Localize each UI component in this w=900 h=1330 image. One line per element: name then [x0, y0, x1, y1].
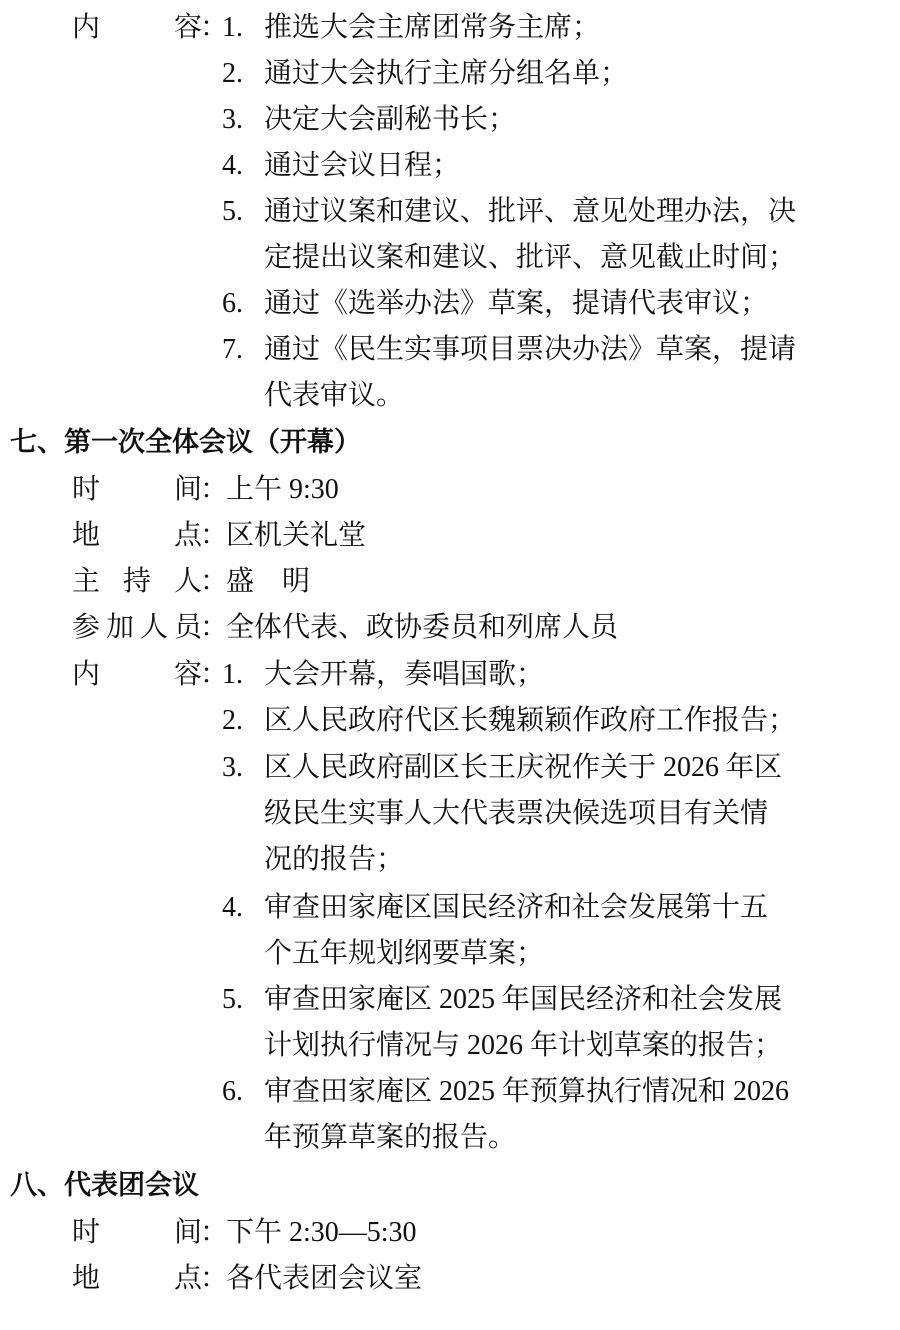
item-number: 4. [222, 885, 243, 931]
item-text: 区人民政府副区长王庆祝作关于 2026 年区 [264, 745, 782, 791]
section-heading: 八、代表团会议 [10, 1163, 199, 1209]
item-text: 决定大会副秘书长； [264, 97, 516, 143]
item-text: 审查田家庵区 2025 年国民经济和社会发展 [264, 977, 782, 1023]
item-text: 审查田家庵区国民经济和社会发展第十五 [264, 885, 768, 931]
item-number: 5. [222, 189, 243, 235]
field-label: 地点 [72, 1256, 202, 1302]
item-text: 大会开幕，奏唱国歌； [264, 652, 544, 698]
field-label: 时间 [72, 467, 202, 513]
item-text: 通过《民生实事项目票决办法》草案，提请 [264, 327, 796, 373]
field-value: 全体代表、政协委员和列席人员 [226, 605, 618, 651]
colon: ： [200, 1210, 228, 1256]
item-text: 通过议案和建议、批评、意见处理办法，决 [264, 189, 796, 235]
item-number: 6. [222, 1069, 243, 1115]
item-text: 定提出议案和建议、批评、意见截止时间； [264, 235, 796, 281]
item-text: 计划执行情况与 2026 年计划草案的报告； [264, 1023, 782, 1069]
colon: ： [200, 605, 228, 651]
colon: ： [200, 559, 228, 605]
field-value: 各代表团会议室 [226, 1256, 422, 1302]
item-number: 3. [222, 745, 243, 791]
field-label: 主持人 [72, 559, 202, 605]
item-text: 个五年规划纲要草案； [264, 931, 544, 977]
item-number: 6. [222, 281, 243, 327]
item-number: 1. [222, 5, 243, 51]
item-number: 3. [222, 97, 243, 143]
item-text: 区人民政府代区长魏颖颖作政府工作报告； [264, 698, 796, 744]
item-text: 级民生实事人大代表票决候选项目有关情 [264, 791, 768, 837]
field-value: 下午 2:30—5:30 [226, 1210, 417, 1256]
colon: ： [200, 513, 228, 559]
item-number: 2. [222, 698, 243, 744]
item-text: 通过会议日程； [264, 143, 460, 189]
item-text: 代表审议。 [264, 373, 404, 419]
item-number: 5. [222, 977, 243, 1023]
colon: ： [200, 467, 228, 513]
item-number: 2. [222, 51, 243, 97]
field-value: 盛 明 [226, 559, 310, 605]
field-label: 内容 [72, 5, 202, 51]
item-text: 通过《选举办法》草案，提请代表审议； [264, 281, 768, 327]
field-label: 时间 [72, 1210, 202, 1256]
item-text: 推选大会主席团常务主席； [264, 5, 600, 51]
item-text: 审查田家庵区 2025 年预算执行情况和 2026 [264, 1069, 789, 1115]
item-text: 通过大会执行主席分组名单； [264, 51, 628, 97]
section-heading: 七、第一次全体会议（开幕） [10, 420, 361, 466]
field-label: 参加人员 [72, 605, 202, 651]
item-number: 4. [222, 143, 243, 189]
field-label: 内容 [72, 652, 202, 698]
item-number: 1. [222, 652, 243, 698]
colon: ： [200, 1256, 228, 1302]
item-text: 况的报告； [264, 837, 404, 883]
item-number: 7. [222, 327, 243, 373]
field-value: 区机关礼堂 [226, 513, 366, 559]
item-text: 年预算草案的报告。 [264, 1115, 516, 1161]
field-label: 地点 [72, 513, 202, 559]
field-value: 上午 9:30 [226, 467, 339, 513]
